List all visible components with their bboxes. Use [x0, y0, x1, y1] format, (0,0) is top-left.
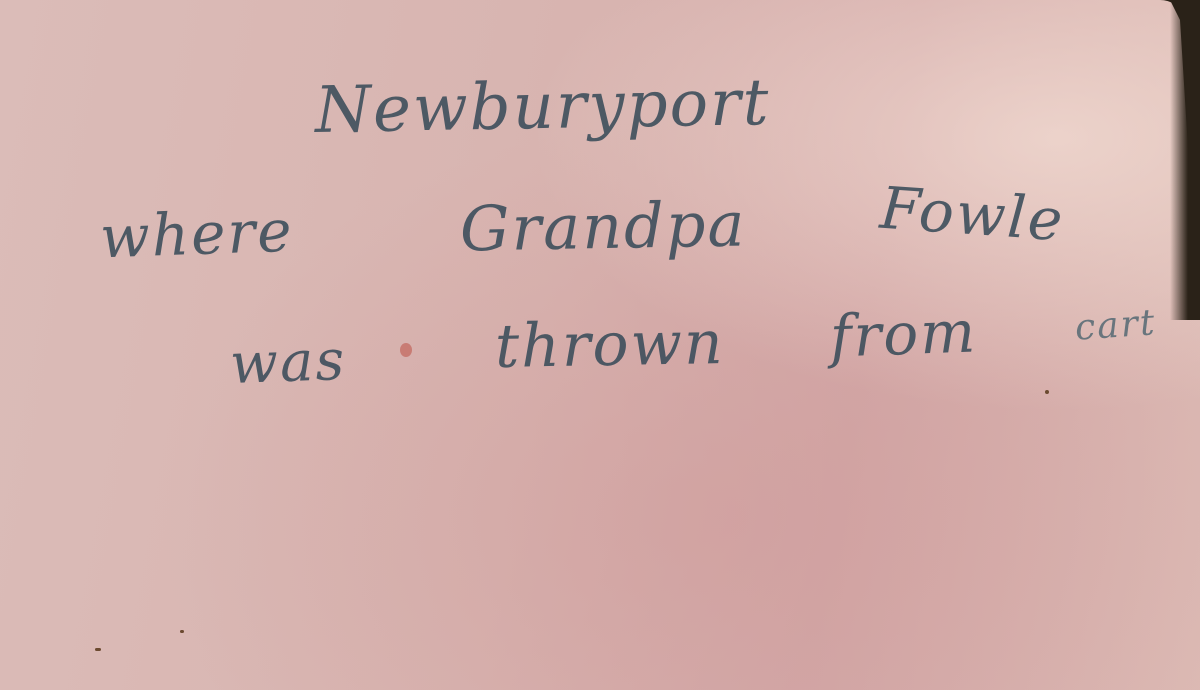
handwriting-word-cart: cart [1074, 302, 1158, 349]
handwriting-word-surname: Fowle [878, 174, 1067, 255]
handwriting-word-where: where [99, 197, 295, 272]
handwriting-word-was: was [229, 328, 347, 397]
dark-background-edge [1170, 0, 1200, 320]
paper-speck [180, 630, 184, 633]
handwriting-line-1: Newburyport [314, 66, 771, 148]
paper-speck [95, 648, 101, 651]
red-stain-mark [400, 343, 412, 357]
handwriting-word-from: from [829, 297, 978, 370]
paper-speck [1045, 390, 1049, 394]
handwriting-word-grandpa: Grandpa [459, 188, 747, 266]
paper-card: Newburyport where Grandpa Fowle was thro… [0, 0, 1200, 690]
handwriting-word-thrown: thrown [494, 308, 725, 382]
